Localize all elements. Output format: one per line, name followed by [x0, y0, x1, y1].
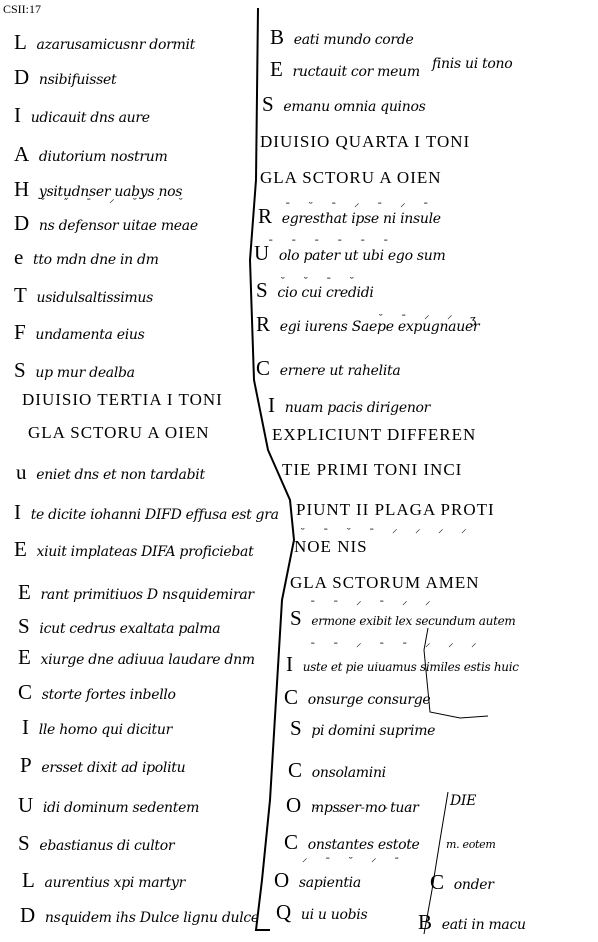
initial-letter: P [20, 753, 31, 777]
incipit-text: idi dominum sedentem [43, 800, 199, 816]
section-heading: GLA SCTORUM AMEN [290, 573, 480, 593]
section-heading: GLA SCTORU A OIEN [28, 423, 210, 443]
incipit-line: Beati mundo corde [270, 25, 413, 50]
initial-letter: C [284, 830, 298, 854]
incipit-text: rant primitiuos D nsquidemirar [41, 587, 254, 603]
incipit-line: Sicut cedrus exaltata palma [18, 614, 220, 639]
neume-marks: ˉ ⸍ ˉ ˉ ˊ [314, 805, 419, 820]
incipit-text: xiuit implateas DIFA proficiebat [37, 544, 254, 560]
section-heading: GLA SCTORU A OIEN [260, 168, 442, 188]
incipit-line: Constantes estote [284, 830, 420, 855]
incipit-text: ersset dixit ad ipolitu [41, 760, 185, 776]
initial-letter: U [18, 793, 33, 817]
incipit-line: Eructauit cor meum [270, 57, 420, 82]
margin-note: Beati in macu [418, 910, 526, 935]
initial-letter: I [14, 103, 21, 127]
incipit-text: aurentius xpi martyr [45, 875, 185, 891]
margin-note: DIE [450, 793, 476, 809]
initial-letter: S [256, 278, 267, 302]
incipit-line: Persset dixit ad ipolitu [20, 753, 185, 778]
initial-letter: C [256, 356, 270, 380]
incipit-line: Uidi dominum sedentem [18, 793, 199, 818]
incipit-line: Laurentius xpi martyr [22, 868, 185, 893]
margin-note-text: eati in macu [442, 917, 526, 933]
initial-letter: S [18, 614, 29, 638]
incipit-line: Sebastianus di cultor [18, 831, 174, 856]
initial-letter: E [14, 537, 27, 561]
incipit-text: eniet dns et non tardabit [36, 467, 205, 483]
section-heading: DIUISIO QUARTA I TONI [260, 132, 470, 152]
incipit-text: emanu omnia quinos [283, 99, 425, 115]
initial-letter: D [14, 65, 29, 89]
incipit-line: Consolamini [288, 758, 386, 783]
incipit-text: ermone exibit lex secundum autem [311, 614, 515, 628]
initial-letter: E [18, 645, 31, 669]
incipit-text: nsibifuisset [39, 72, 116, 88]
neume-marks: ⸍ ˉ ˘ ⸍ ˉ [302, 855, 407, 870]
incipit-line: Sup mur dealba [14, 358, 135, 383]
initial-letter: H [14, 177, 29, 201]
margin-note-text: onder [454, 877, 494, 893]
incipit-text: azarusamicusnr dormit [37, 37, 195, 53]
incipit-text: onsurge consurge [308, 692, 431, 708]
incipit-line: Consurge consurge [284, 685, 430, 710]
initial-letter: C [288, 758, 302, 782]
initial-letter: S [14, 358, 25, 382]
incipit-text: te dicite iohanni DIFD effusa est gra [31, 507, 279, 523]
incipit-line: Fundamenta eius [14, 320, 145, 345]
incipit-text: usidulsaltissimus [37, 290, 153, 306]
incipit-line: Cernere ut rahelita [256, 356, 400, 381]
incipit-line: Lazarusamicusnr dormit [14, 30, 195, 55]
initial-letter: A [14, 142, 29, 166]
incipit-line: Inuam pacis dirigenor [268, 393, 430, 418]
incipit-text: xiurge dne adiuua laudare dnm [41, 652, 255, 668]
incipit-text: lle homo qui dicitur [39, 722, 172, 738]
incipit-line: Dnsibifuisset [14, 65, 116, 90]
neume-marks: ˘ ˝ ˉ ⸍ ˘ ˊ ˘ [40, 196, 190, 211]
incipit-line: ueniet dns et non tardabit [16, 460, 205, 485]
section-heading: PIUNT II PLAGA PROTI [296, 500, 495, 520]
initial-letter: R [258, 204, 272, 228]
initial-letter: I [286, 652, 293, 676]
initial-letter: B [418, 910, 432, 934]
initial-letter: E [270, 57, 283, 81]
neume-marks: ˉ ˘ ˉ ⸍ ˉ ⸍ ˉ [285, 200, 435, 215]
margin-note: finis ui tono [432, 56, 512, 72]
initial-letter: e [14, 245, 23, 269]
incipit-text: pi domini suprime [311, 723, 435, 739]
neume-marks: ˘ ˘ ˉ ˘ [280, 276, 362, 289]
incipit-line: Iudicauit dns aure [14, 103, 150, 128]
initial-letter: R [256, 312, 270, 336]
initial-letter: u [16, 460, 26, 484]
initial-letter: L [22, 868, 35, 892]
initial-letter: I [268, 393, 275, 417]
incipit-text: icut cedrus exaltata palma [39, 621, 220, 637]
section-heading: DIUISIO TERTIA I TONI [22, 390, 223, 410]
incipit-text: undamenta eius [35, 327, 144, 343]
initial-letter: C [430, 870, 444, 894]
initial-letter: D [20, 903, 35, 927]
neume-marks: ˉ ˉ ⸍ ˉ ⸍ ⸍ [310, 598, 437, 613]
incipit-text: eati mundo corde [294, 32, 414, 48]
initial-letter: S [290, 606, 301, 630]
incipit-line: Spi domini suprime [290, 716, 435, 741]
incipit-line: Iuste et pie uiuamus similes estis huic [286, 652, 519, 677]
incipit-text: onstantes estote [308, 837, 420, 853]
incipit-line: Erant primitiuos D nsquidemirar [18, 580, 254, 605]
incipit-line: Dnsquidem ihs Dulce lignu dulce [20, 903, 259, 928]
incipit-text: nsquidem ihs Dulce lignu dulce [45, 910, 259, 926]
initial-letter: E [18, 580, 31, 604]
initial-letter: D [14, 211, 29, 235]
margin-note: m. eotem [446, 838, 496, 851]
initial-letter: C [18, 680, 32, 704]
initial-letter: B [270, 25, 284, 49]
incipit-line: Osapientia [274, 868, 361, 893]
incipit-text: storte fortes inbello [42, 687, 176, 703]
initial-letter: I [14, 500, 21, 524]
initial-letter: U [254, 241, 269, 265]
incipit-text: onsolamini [312, 765, 386, 781]
incipit-line: Dns defensor uitae meae [14, 211, 198, 236]
incipit-line: etto mdn dne in dm [14, 245, 159, 270]
incipit-text: ructauit cor meum [293, 64, 420, 80]
incipit-text: sapientia [299, 875, 361, 891]
incipit-text: diutorium nostrum [39, 149, 168, 165]
initial-letter: S [290, 716, 301, 740]
incipit-line: Ille homo qui dicitur [22, 715, 172, 740]
incipit-text: nuam pacis dirigenor [285, 400, 430, 416]
initial-letter: T [14, 283, 27, 307]
initial-letter: F [14, 320, 25, 344]
initial-letter: O [286, 793, 301, 817]
incipit-text: ns defensor uitae meae [39, 218, 198, 234]
section-heading: TIE PRIMI TONI INCI [282, 460, 462, 480]
neume-marks: ˘ ˉ ˘ ˉ ⸍ ⸍ ⸍ ⸍ [300, 526, 473, 541]
neume-marks: ˉ ˉ ˉ ˉ ˉ ˉ [268, 238, 395, 251]
incipit-line: Exiurge dne adiuua laudare dnm [18, 645, 255, 670]
initial-letter: S [18, 831, 29, 855]
incipit-line: Ite dicite iohanni DIFD effusa est gra [14, 500, 279, 525]
incipit-text: tto mdn dne in dm [33, 252, 159, 268]
initial-letter: Q [276, 900, 291, 924]
initial-letter: C [284, 685, 298, 709]
incipit-line: Cstorte fortes inbello [18, 680, 176, 705]
neume-marks: ˉ ˉ ⸍ ˉ ˉ ⸍ ⸍ ⸍ [310, 640, 483, 655]
incipit-line: Tusidulsaltissimus [14, 283, 153, 308]
incipit-line: Exiuit implateas DIFA proficiebat [14, 537, 253, 562]
incipit-line: Semanu omnia quinos [262, 92, 425, 117]
incipit-text: udicauit dns aure [31, 110, 150, 126]
incipit-text: ui u uobis [301, 907, 367, 923]
initial-letter: L [14, 30, 27, 54]
neume-marks: ˘ ˉ ⸍ ⸍ ʒ [378, 312, 483, 327]
section-heading: EXPLICIUNT DIFFEREN [272, 425, 476, 445]
incipit-text: up mur dealba [35, 365, 134, 381]
initial-letter: I [22, 715, 29, 739]
incipit-text: ebastianus di cultor [39, 838, 174, 854]
incipit-line: Adiutorium nostrum [14, 142, 167, 167]
initial-letter: O [274, 868, 289, 892]
incipit-line: Qui u uobis [276, 900, 367, 925]
margin-note: Conder [430, 870, 494, 895]
incipit-text: uste et pie uiuamus similes estis huic [303, 660, 519, 674]
initial-letter: S [262, 92, 273, 116]
incipit-text: ernere ut rahelita [280, 363, 401, 379]
